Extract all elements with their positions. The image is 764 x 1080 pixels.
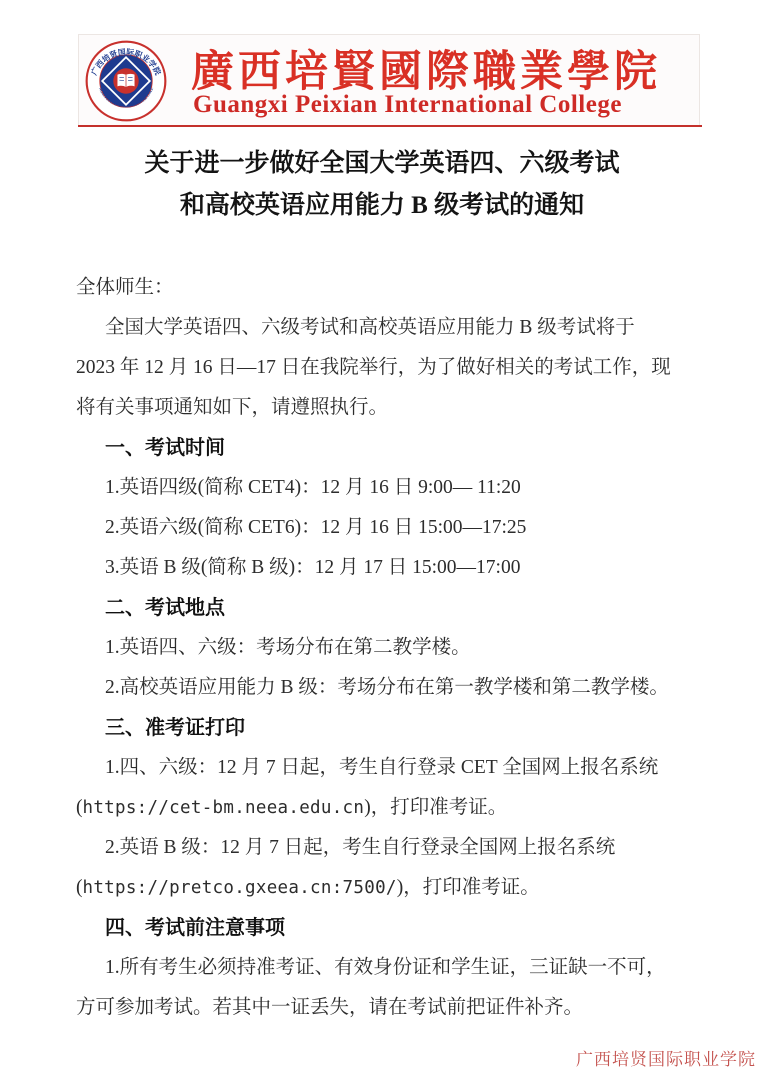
notice-title-line2: 和高校英语应用能力 B 级考试的通知 (0, 185, 764, 227)
college-name-english: Guangxi Peixian International College (193, 91, 622, 119)
college-letterhead: 广西培贤国际职业学院 GUANGXI PEIXIAN INTERNATIONAL… (78, 34, 700, 126)
exam-time-cet4: 1.英语四级(简称 CET4)：12 月 16 日 9:00— 11:20 (76, 468, 748, 508)
exam-time-cet6: 2.英语六级(简称 CET6)：12 月 16 日 15:00—17:25 (76, 508, 748, 548)
open-book-icon (117, 74, 134, 87)
precaution-line-2: 方可参加考试。若其中一证丢失，请在考试前把证件补齐。 (76, 988, 748, 1028)
section-2-heading: 二、考试地点 (76, 588, 748, 628)
watermark-college-name: 广西培贤国际职业学院 (576, 1045, 756, 1070)
ticket-print-levelb-line2: (https://pretco.gxeea.cn:7500/)，打印准考证。 (76, 868, 748, 908)
intro-line-1: 全国大学英语四、六级考试和高校英语应用能力 B 级考试将于 (76, 308, 748, 348)
section-4-heading: 四、考试前注意事项 (76, 908, 748, 948)
college-name-calligraphy: 廣西培賢國際職業學院 (191, 38, 661, 99)
exam-location-level-b: 2.高校英语应用能力 B 级：考场分布在第一教学楼和第二教学楼。 (76, 668, 748, 708)
ticket-print-cet-line1: 1.四、六级：12 月 7 日起，考生自行登录 CET 全国网上报名系统 (76, 748, 748, 788)
intro-line-2: 2023 年 12 月 16 日—17 日在我院举行，为了做好相关的考试工作，现 (76, 348, 748, 388)
exam-location-cet: 1.英语四、六级：考场分布在第二教学楼。 (76, 628, 748, 668)
exam-time-level-b: 3.英语 B 级(简称 B 级)：12 月 17 日 15:00—17:00 (76, 548, 748, 588)
college-seal-logo: 广西培贤国际职业学院 GUANGXI PEIXIAN INTERNATIONAL… (85, 40, 167, 122)
section-3-heading: 三、准考证打印 (76, 708, 748, 748)
section-1-heading: 一、考试时间 (76, 428, 748, 468)
ticket-print-levelb-line1: 2.英语 B 级：12 月 7 日起，考生自行登录全国网上报名系统 (76, 828, 748, 868)
ticket-print-cet-line2: (https://cet-bm.neea.edu.cn)，打印准考证。 (76, 788, 748, 828)
intro-line-3: 将有关事项通知如下，请遵照执行。 (76, 388, 748, 428)
paren-close-text: )，打印准考证。 (364, 797, 507, 818)
salutation: 全体师生： (76, 268, 748, 308)
notice-document: 广西培贤国际职业学院 GUANGXI PEIXIAN INTERNATIONAL… (0, 0, 764, 1080)
pretco-registration-url: https://pretco.gxeea.cn:7500/ (83, 878, 397, 898)
notice-title: 关于进一步做好全国大学英语四、六级考试 和高校英语应用能力 B 级考试的通知 (0, 143, 764, 227)
cet-registration-url: https://cet-bm.neea.edu.cn (83, 798, 365, 818)
paren-close-text: )，打印准考证。 (397, 877, 540, 898)
notice-body: 全体师生： 全国大学英语四、六级考试和高校英语应用能力 B 级考试将于 2023… (76, 268, 748, 1028)
precaution-line-1: 1.所有考生必须持准考证、有效身份证和学生证，三证缺一不可， (76, 948, 748, 988)
notice-title-line1: 关于进一步做好全国大学英语四、六级考试 (0, 143, 764, 185)
header-red-rule (78, 125, 702, 127)
